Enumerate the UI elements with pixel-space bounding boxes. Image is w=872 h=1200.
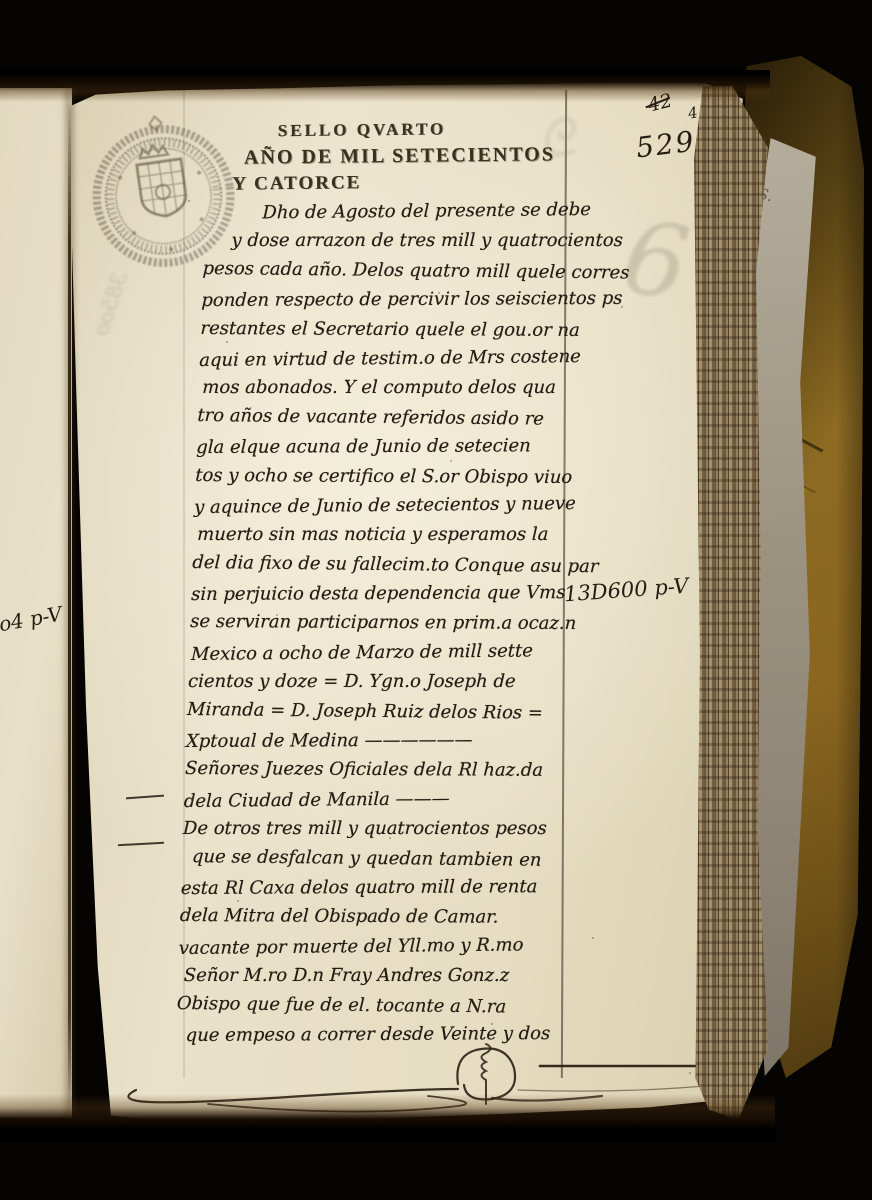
manuscript-line: vacante por muerte del Yll.mo y R.mo [178,934,565,967]
manuscript-line: y dose arrazon de tres mill y quatrocien… [203,230,590,259]
manuscript-line: De otros tres mill y quatrocientos pesos [182,818,569,847]
manuscript-line: Miranda = D. Joseph Ruiz delos Rios = [186,699,573,732]
manuscript-line: tos y ocho se certifico el S.or Obispo v… [195,465,582,496]
manuscript-line: restantes el Secretario quele el gou.or … [200,318,587,349]
header-sello-quarto: SELLO QVARTO [278,118,555,141]
manuscript-line: mos abonados. Y el computo delos qua [198,377,585,406]
margin-dash-mark [118,842,164,846]
manuscript-page: 6 385oo ᘓ [68,80,760,1124]
manuscript-line: aqui en virtud de testim.o de Mrs costen… [199,346,586,379]
singed-top-edge [0,70,770,102]
folio-number: 529 [634,125,697,165]
singed-bottom-edge [0,1094,775,1142]
manuscript-body: Dho de Agosto del presente se debey dose… [175,201,591,1053]
manuscript-line: muerto sin mas noticia y esperamos la [193,524,580,553]
manuscript-line: Xptoual de Medina —————— [185,729,572,760]
manuscript-line: pesos cada año. Delos quatro mill quele … [202,258,589,291]
manuscript-line: Señores Juezes Oficiales dela Rl haz.da [184,758,571,789]
printed-seal-header: SELLO QVARTO AÑO DE MIL SETECIENTOS Y CA… [232,118,556,195]
margin-dash-mark [126,795,164,800]
header-catorce-line: Y CATORCE [232,170,555,195]
manuscript-line: y aquince de Junio de setecientos y nuev… [194,493,581,526]
manuscript-line: del dia fixo de su fallecim.to Conque as… [191,552,578,585]
manuscript-line: tro años de vacante referidos asido re [197,405,584,438]
manuscript-line: Obispo que fue de el. tocante a N.ra [176,993,563,1026]
ink-bleedthrough-large: 6 [615,198,696,324]
manuscript-line: dela Mitra del Obispado de Camar. [179,905,566,936]
left-margin-annotation: 4o4 p-V [0,602,64,639]
gutter-crease [68,90,71,1118]
manuscript-line: Señor M.ro D.n Fray Andres Gonz.z [177,965,564,994]
header-year-line: AÑO DE MIL SETECIENTOS [244,143,555,169]
manuscript-photo: S. 4o4 p-V 6 385oo ᘓ [0,0,872,1200]
manuscript-line: Mexico a ocho de Marzo de mill sette [189,640,576,673]
corner-cross-mark: 4 [687,103,700,122]
manuscript-line: sin perjuicio desta dependencia que Vms [191,582,578,613]
manuscript-line: dela Ciudad de Manila ——— [183,787,570,820]
right-margin-annotation: 13D600 p-V [563,574,689,607]
manuscript-line: que se desfalcan y quedan tambien en [181,846,568,879]
page-fore-edge-stack [694,86,768,1120]
manuscript-line: cientos y doze = D. Ygn.o Joseph de [187,671,574,700]
manuscript-line: se serviran participarnos en prim.a ocaz… [189,611,576,642]
manuscript-line: esta Rl Caxa delos quatro mill de renta [180,876,567,907]
manuscript-line: ponden respecto de percivir los seiscien… [201,288,588,319]
manuscript-line: Dho de Agosto del presente se debe [204,199,591,232]
facing-page-sliver: 4o4 p-V [0,88,72,1118]
manuscript-line: gla elque acuna de Junio de setecien [196,435,583,466]
